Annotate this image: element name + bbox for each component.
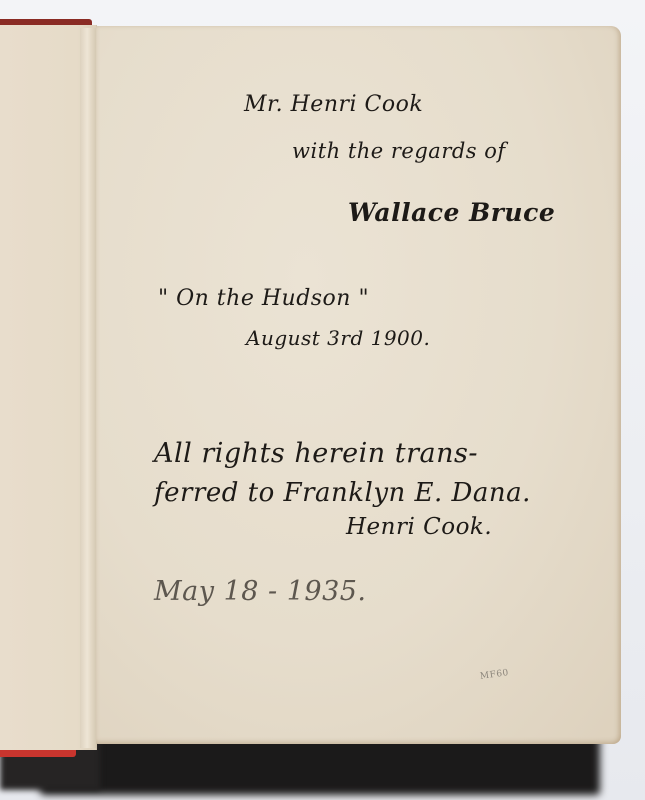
book-hinge — [80, 28, 96, 748]
transfer-note-line2: ferred to Franklyn E. Dana. — [154, 478, 531, 508]
book-shadow — [40, 735, 600, 795]
inscription-signature: Wallace Bruce — [348, 198, 555, 227]
pencil-mark: MF60 — [479, 668, 509, 682]
inscription-sentiment: with the regards of — [292, 139, 506, 163]
inscription-book-title: " On the Hudson " — [158, 286, 369, 311]
inscription-recipient: Mr. Henri Cook — [244, 92, 423, 117]
flyleaf-page: Mr. Henri Cook with the regards of Walla… — [96, 26, 621, 744]
transfer-note-line1: All rights herein trans- — [154, 438, 478, 469]
transfer-note-signature: Henri Cook. — [346, 514, 492, 540]
inscription-date: August 3rd 1900. — [246, 326, 430, 350]
pencil-date: May 18 - 1935. — [154, 576, 367, 607]
